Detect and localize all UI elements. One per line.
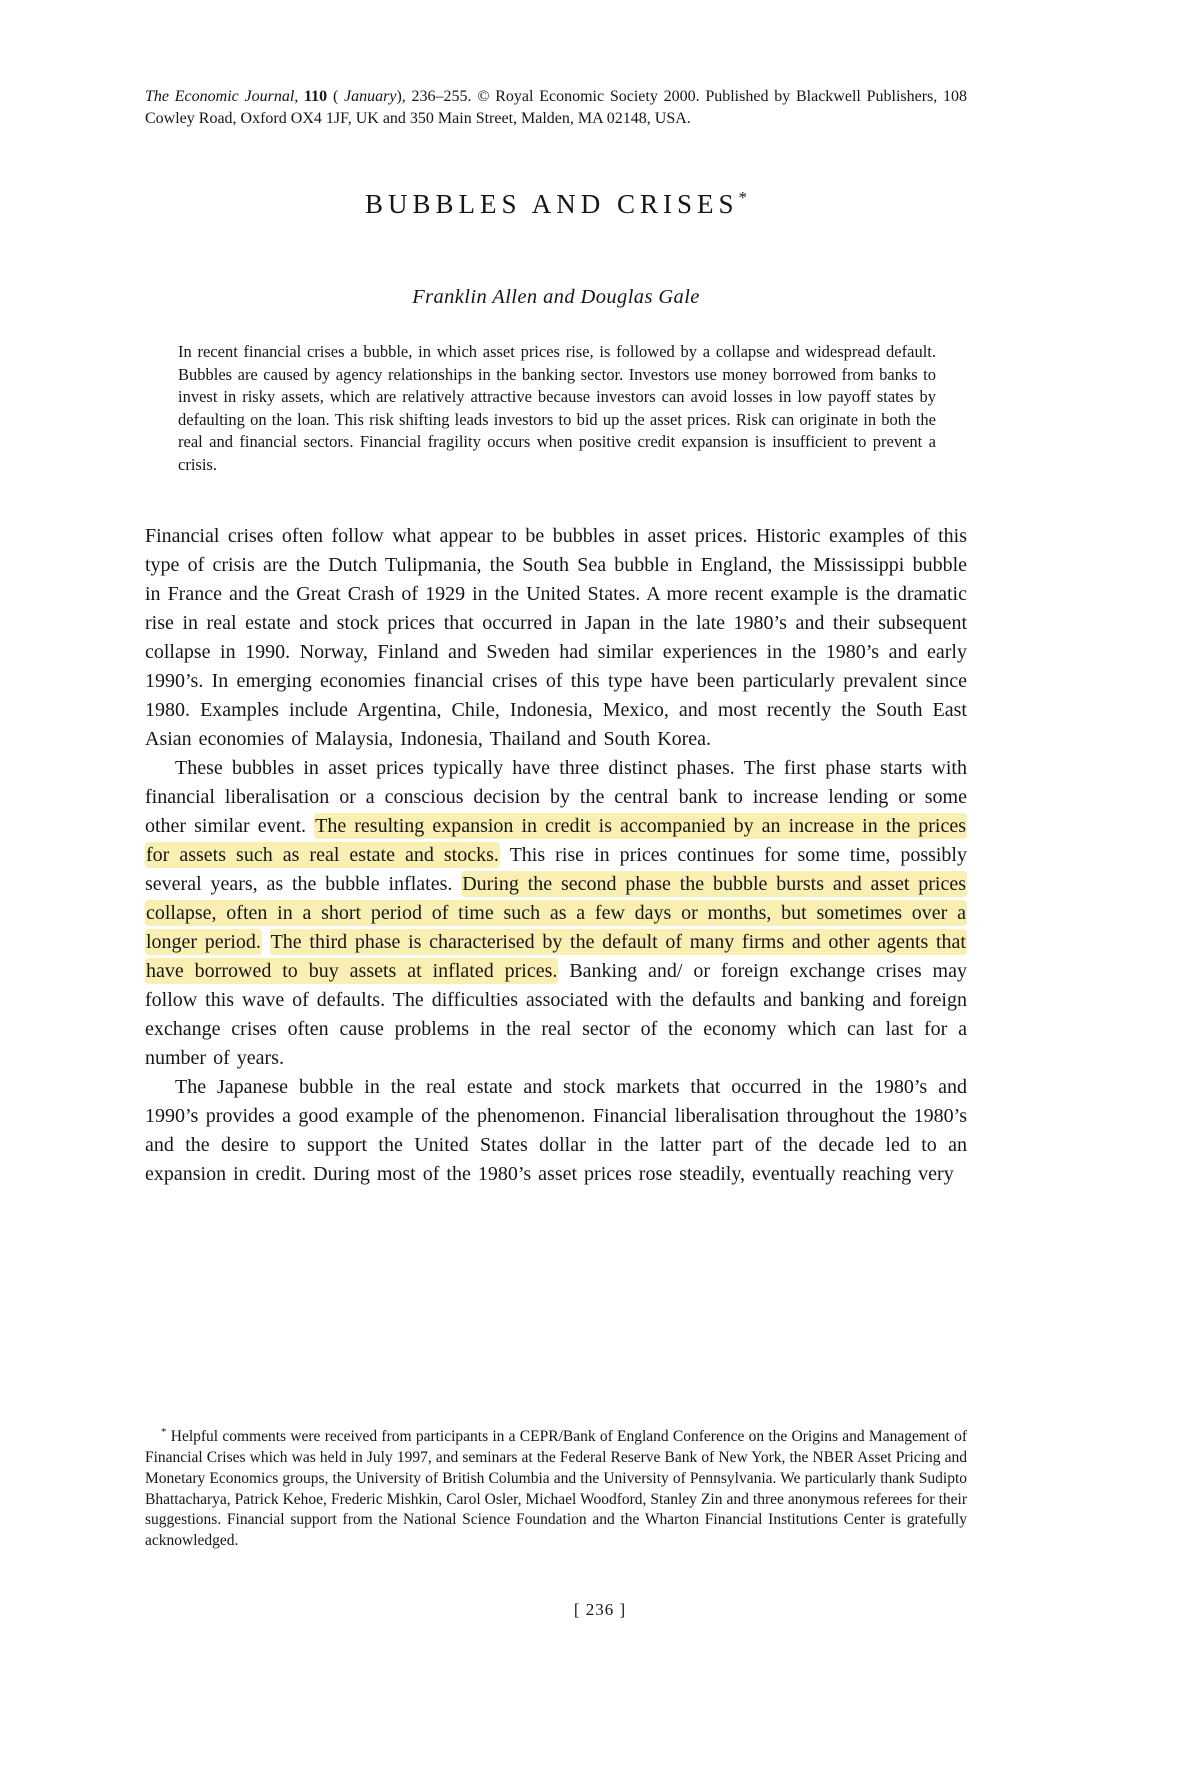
article-body: Financial crises often follow what appea… [145, 522, 967, 1189]
paragraph-2-segment [262, 931, 270, 953]
footnote-asterisk: * [161, 1426, 167, 1438]
paragraph-3: The Japanese bubble in the real estate a… [145, 1073, 967, 1189]
paragraph-2: These bubbles in asset prices typically … [145, 754, 967, 1073]
paper-title-text: BUBBLES AND CRISES [365, 189, 739, 219]
issue-open-paren: ( [333, 88, 338, 105]
footnote: * Helpful comments were received from pa… [145, 1422, 967, 1552]
authors: Franklin Allen and Douglas Gale [145, 286, 967, 309]
journal-volume: 110 [304, 88, 327, 105]
issue-month: January [344, 88, 396, 105]
journal-page: The Economic Journal, 110 ( January), 23… [0, 0, 1200, 1776]
paper-title: BUBBLES AND CRISES* [145, 188, 967, 220]
title-footnote-asterisk: * [739, 188, 748, 207]
paragraph-1: Financial crises often follow what appea… [145, 522, 967, 754]
page-number: [ 236 ] [0, 1600, 1200, 1620]
abstract: In recent financial crises a bubble, in … [178, 341, 936, 477]
journal-name: The Economic Journal, [145, 88, 298, 105]
footnote-text: Helpful comments were received from part… [145, 1428, 967, 1549]
journal-header: The Economic Journal, 110 ( January), 23… [145, 86, 967, 129]
